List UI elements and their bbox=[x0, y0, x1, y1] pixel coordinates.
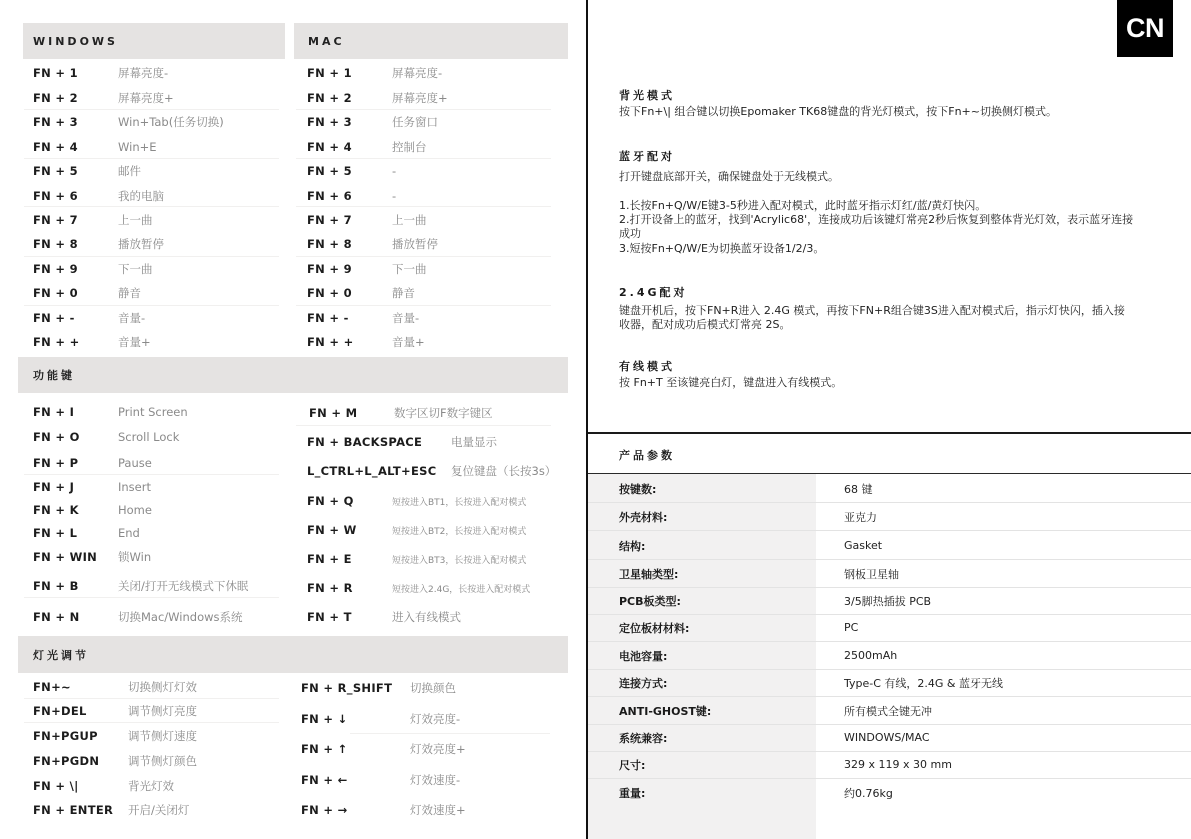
shortcut-row: FN + R_SHIFT切换颜色 bbox=[301, 678, 392, 698]
lighting-header: 灯光调节 bbox=[18, 636, 568, 673]
shortcut-key: FN + J bbox=[33, 480, 74, 494]
shortcut-desc: 音量+ bbox=[118, 334, 151, 350]
shortcut-row: FN+PGUP调节侧灯速度 bbox=[33, 726, 98, 746]
spec-value: 约0.76kg bbox=[844, 785, 893, 801]
shortcut-row: FN + 3Win+Tab(任务切换) bbox=[33, 112, 78, 132]
shortcut-desc: 控制台 bbox=[392, 139, 427, 155]
row-divider bbox=[24, 109, 279, 110]
shortcut-desc: 数字区切F数字键区 bbox=[394, 405, 493, 421]
shortcut-desc: 短按进入BT1，长按进入配对模式 bbox=[392, 495, 526, 508]
shortcut-desc: 任务窗口 bbox=[392, 114, 438, 130]
shortcut-key: FN + B bbox=[33, 579, 79, 593]
shortcut-desc: 开启/关闭灯 bbox=[128, 802, 189, 818]
spec-row: 重量:约0.76kg bbox=[588, 779, 1191, 807]
shortcut-desc: 切换侧灯灯效 bbox=[128, 679, 197, 695]
shortcut-desc: 电量显示 bbox=[451, 434, 497, 450]
shortcut-row: FN + 1屏幕亮度- bbox=[33, 63, 78, 83]
language-badge: CN bbox=[1117, 0, 1173, 57]
spec-row: 结构:Gasket bbox=[588, 532, 1191, 560]
shortcut-row: FN + +音量+ bbox=[33, 332, 80, 352]
shortcut-key: FN+PGDN bbox=[33, 754, 99, 768]
shortcut-desc: 屏幕亮度+ bbox=[392, 90, 448, 106]
shortcut-key: FN + 2 bbox=[33, 91, 78, 105]
shortcut-key: FN + 4 bbox=[33, 140, 78, 154]
row-divider bbox=[24, 698, 279, 699]
shortcut-desc: 下一曲 bbox=[392, 261, 427, 277]
shortcut-key: FN + 7 bbox=[33, 213, 78, 227]
shortcut-row: FN + N切换Mac/Windows系统 bbox=[33, 607, 80, 627]
row-divider bbox=[350, 733, 550, 734]
bluetooth-step-2: 2.打开设备上的蓝牙，找到'Acrylic68'，连接成功后该键灯常亮2秒后恢复… bbox=[619, 213, 1134, 240]
row-divider bbox=[296, 425, 551, 426]
shortcut-desc: Win+E bbox=[118, 140, 157, 154]
shortcut-desc: Print Screen bbox=[118, 405, 188, 419]
shortcut-row: FN + KHome bbox=[33, 500, 79, 520]
shortcut-key: FN + 9 bbox=[33, 262, 78, 276]
shortcut-row: FN+PGDN调节侧灯颜色 bbox=[33, 751, 99, 771]
shortcut-page: WINDOWS MAC FN + 1屏幕亮度- FN + 2屏幕亮度+ FN +… bbox=[0, 0, 586, 839]
shortcut-row: FN + ←灯效速度- bbox=[301, 770, 348, 790]
shortcut-key: FN + → bbox=[301, 803, 348, 817]
shortcut-desc: - bbox=[392, 189, 396, 203]
shortcut-row: FN + 5- bbox=[307, 161, 352, 181]
shortcut-row: FN + 5邮件 bbox=[33, 161, 78, 181]
shortcut-key: FN + W bbox=[307, 523, 357, 537]
spec-value: Type-C 有线，2.4G & 蓝牙无线 bbox=[844, 675, 1003, 691]
shortcut-key: FN + + bbox=[307, 335, 354, 349]
spec-label: 重量: bbox=[619, 785, 645, 801]
shortcut-key: FN + 3 bbox=[307, 115, 352, 129]
spec-value: 3/5脚热插拔 PCB bbox=[844, 593, 931, 609]
spec-label: 卫星轴类型: bbox=[619, 566, 678, 582]
shortcut-key: FN + 0 bbox=[307, 286, 352, 300]
shortcut-key: FN + WIN bbox=[33, 550, 97, 564]
shortcut-row: FN + T进入有线模式 bbox=[307, 607, 352, 627]
shortcut-desc: 锁Win bbox=[118, 549, 151, 565]
backlight-text: 按下Fn+\| 组合键以切换Epomaker TK68键盘的背光灯模式，按下Fn… bbox=[619, 105, 1139, 119]
shortcut-row: FN + \|背光灯效 bbox=[33, 776, 79, 796]
shortcut-key: FN + M bbox=[309, 406, 357, 420]
shortcut-desc: 调节侧灯亮度 bbox=[128, 703, 197, 719]
row-divider bbox=[24, 206, 279, 207]
shortcut-row: FN + 6- bbox=[307, 186, 352, 206]
shortcut-desc: 屏幕亮度- bbox=[118, 65, 168, 81]
shortcut-desc: 灯效速度- bbox=[410, 772, 460, 788]
function-keys-header: 功能键 bbox=[18, 357, 568, 393]
spec-label: 定位板材材料: bbox=[619, 620, 689, 636]
spec-row: 尺寸:329 x 119 x 30 mm bbox=[588, 751, 1191, 779]
shortcut-key: FN + ↑ bbox=[301, 742, 348, 756]
specs-top-rule bbox=[588, 432, 1191, 434]
spec-row: 卫星轴类型:钢板卫星轴 bbox=[588, 560, 1191, 588]
mac-header: MAC bbox=[294, 23, 568, 59]
row-divider bbox=[24, 305, 279, 306]
bluetooth-step-3: 3.短按Fn+Q/W/E为切换蓝牙设备1/2/3。 bbox=[619, 242, 1139, 256]
shortcut-key: FN + 4 bbox=[307, 140, 352, 154]
shortcut-row: FN + R短按进入2.4G，长按进入配对模式 bbox=[307, 578, 353, 598]
shortcut-key: FN + - bbox=[307, 311, 349, 325]
spec-value: 2500mAh bbox=[844, 649, 897, 662]
wired-text: 按 Fn+T 至该键亮白灯，键盘进入有线模式。 bbox=[619, 376, 1139, 390]
shortcut-desc: 切换Mac/Windows系统 bbox=[118, 609, 243, 625]
shortcut-desc: Win+Tab(任务切换) bbox=[118, 114, 224, 130]
shortcut-key: FN + N bbox=[33, 610, 80, 624]
shortcut-row: FN + 7上一曲 bbox=[307, 210, 352, 230]
shortcut-row: FN + ↓灯效亮度- bbox=[301, 709, 348, 729]
row-divider bbox=[296, 305, 551, 306]
windows-title: WINDOWS bbox=[33, 35, 118, 48]
shortcut-row: FN + 9下一曲 bbox=[307, 259, 352, 279]
shortcut-key: FN + ENTER bbox=[33, 803, 113, 817]
shortcut-row: FN+~切换侧灯灯效 bbox=[33, 677, 71, 697]
shortcut-key: FN+~ bbox=[33, 680, 71, 694]
lighting-title: 灯光调节 bbox=[33, 647, 89, 663]
shortcut-row: FN + →灯效速度+ bbox=[301, 800, 348, 820]
spec-value: 所有模式全键无冲 bbox=[844, 703, 932, 719]
row-divider bbox=[296, 109, 551, 110]
shortcut-row: FN + +音量+ bbox=[307, 332, 354, 352]
shortcut-key: FN + 5 bbox=[33, 164, 78, 178]
spec-row: 外壳材料:亚克力 bbox=[588, 503, 1191, 531]
shortcut-key: FN + 7 bbox=[307, 213, 352, 227]
spec-row: 电池容量:2500mAh bbox=[588, 642, 1191, 670]
shortcut-key: FN + 9 bbox=[307, 262, 352, 276]
shortcut-desc: 静音 bbox=[118, 285, 141, 301]
shortcut-key: FN + - bbox=[33, 311, 75, 325]
spec-label: 尺寸: bbox=[619, 757, 645, 773]
shortcut-key: FN + 8 bbox=[33, 237, 78, 251]
row-divider bbox=[296, 206, 551, 207]
shortcut-key: FN + T bbox=[307, 610, 352, 624]
shortcut-desc: 复位键盘（长按3s） bbox=[451, 463, 556, 479]
shortcut-row: FN + 8播放暂停 bbox=[307, 234, 352, 254]
shortcut-desc: 音量- bbox=[118, 310, 145, 326]
shortcut-key: FN+PGUP bbox=[33, 729, 98, 743]
spec-row: ANTI-GHOST键:所有模式全键无冲 bbox=[588, 697, 1191, 725]
shortcut-desc: 邮件 bbox=[118, 163, 141, 179]
shortcut-row: FN + 4Win+E bbox=[33, 137, 78, 157]
shortcut-key: FN + K bbox=[33, 503, 79, 517]
backlight-title: 背光模式 bbox=[619, 87, 675, 103]
shortcut-desc: 上一曲 bbox=[392, 212, 427, 228]
shortcut-key: FN + Q bbox=[307, 494, 354, 508]
shortcut-key: FN + 6 bbox=[307, 189, 352, 203]
spec-value: 钢板卫星轴 bbox=[844, 566, 899, 582]
shortcut-desc: Pause bbox=[118, 456, 152, 470]
manual-page: CN 背光模式 按下Fn+\| 组合键以切换Epomaker TK68键盘的背光… bbox=[588, 0, 1191, 839]
shortcut-key: FN + \| bbox=[33, 779, 79, 793]
shortcut-desc: 调节侧灯速度 bbox=[128, 728, 197, 744]
shortcut-key: FN + P bbox=[33, 456, 78, 470]
specs-title: 产品参数 bbox=[619, 447, 675, 463]
shortcut-key: FN + O bbox=[33, 430, 80, 444]
shortcut-desc: 切换颜色 bbox=[410, 680, 456, 696]
shortcut-key: FN+DEL bbox=[33, 704, 87, 718]
shortcut-desc: 短按进入2.4G，长按进入配对模式 bbox=[392, 582, 530, 595]
shortcut-key: FN + BACKSPACE bbox=[307, 435, 422, 449]
shortcut-desc: 灯效亮度+ bbox=[410, 741, 466, 757]
bluetooth-intro: 打开键盘底部开关，确保键盘处于无线模式。 bbox=[619, 170, 1139, 184]
spec-row: PCB板类型:3/5脚热插拔 PCB bbox=[588, 587, 1191, 615]
spec-row: 定位板材材料:PC bbox=[588, 614, 1191, 642]
shortcut-row: FN + OScroll Lock bbox=[33, 427, 80, 447]
pairing-24g-text: 键盘开机后，按下FN+R进入 2.4G 模式，再按下FN+R组合键3S进入配对模… bbox=[619, 304, 1134, 331]
shortcut-key: FN + 5 bbox=[307, 164, 352, 178]
shortcut-row: FN + B关闭/打开无线模式下休眠 bbox=[33, 576, 79, 596]
shortcut-row: FN + BACKSPACE电量显示 bbox=[307, 432, 422, 452]
spec-label: 结构: bbox=[619, 538, 645, 554]
row-divider bbox=[24, 158, 279, 159]
shortcut-desc: 屏幕亮度+ bbox=[118, 90, 174, 106]
shortcut-row: FN + W短按进入BT2，长按进入配对模式 bbox=[307, 520, 357, 540]
shortcut-row: FN + -音量- bbox=[33, 308, 75, 328]
shortcut-desc: 播放暂停 bbox=[392, 236, 438, 252]
row-divider bbox=[24, 722, 279, 723]
spec-value: PC bbox=[844, 621, 858, 634]
shortcut-desc: 短按进入BT3，长按进入配对模式 bbox=[392, 553, 526, 566]
shortcut-key: FN + 8 bbox=[307, 237, 352, 251]
shortcut-row: FN + 4控制台 bbox=[307, 137, 352, 157]
shortcut-desc: 播放暂停 bbox=[118, 236, 164, 252]
shortcut-row: FN + M数字区切F数字键区 bbox=[307, 403, 357, 423]
shortcut-key: FN + 0 bbox=[33, 286, 78, 300]
shortcut-row: FN + 2屏幕亮度+ bbox=[307, 88, 352, 108]
shortcut-desc: Insert bbox=[118, 480, 151, 494]
spec-label: ANTI-GHOST键: bbox=[619, 703, 711, 719]
spec-row: 连接方式:Type-C 有线，2.4G & 蓝牙无线 bbox=[588, 669, 1191, 697]
shortcut-key: FN + R bbox=[307, 581, 353, 595]
bluetooth-title: 蓝牙配对 bbox=[619, 148, 675, 164]
shortcut-key: FN + + bbox=[33, 335, 80, 349]
spec-row: 系统兼容:WINDOWS/MAC bbox=[588, 724, 1191, 752]
shortcut-row: FN+DEL调节侧灯亮度 bbox=[33, 701, 87, 721]
shortcut-row: FN + 6我的电脑 bbox=[33, 186, 78, 206]
shortcut-row: FN + 8播放暂停 bbox=[33, 234, 78, 254]
shortcut-key: FN + ↓ bbox=[301, 712, 348, 726]
spec-label: 电池容量: bbox=[619, 648, 667, 664]
shortcut-desc: 我的电脑 bbox=[118, 188, 164, 204]
shortcut-desc: 上一曲 bbox=[118, 212, 153, 228]
pairing-24g-title: 2.4G配对 bbox=[619, 284, 688, 300]
shortcut-desc: 灯效速度+ bbox=[410, 802, 466, 818]
spec-label: 系统兼容: bbox=[619, 730, 667, 746]
shortcut-row: FN + PPause bbox=[33, 453, 78, 473]
shortcut-row: FN + WIN锁Win bbox=[33, 547, 97, 567]
row-divider bbox=[24, 474, 279, 475]
shortcut-row: L_CTRL+L_ALT+ESC复位键盘（长按3s） bbox=[307, 461, 436, 481]
shortcut-row: FN + -音量- bbox=[307, 308, 349, 328]
shortcut-row: FN + 0静音 bbox=[307, 283, 352, 303]
shortcut-row: FN + 7上一曲 bbox=[33, 210, 78, 230]
spec-row: 按键数:68 键 bbox=[588, 475, 1191, 503]
shortcut-row: FN + 0静音 bbox=[33, 283, 78, 303]
shortcut-row: FN + LEnd bbox=[33, 523, 77, 543]
shortcut-desc: 关闭/打开无线模式下休眠 bbox=[118, 578, 248, 594]
shortcut-key: FN + E bbox=[307, 552, 352, 566]
spec-label: 外壳材料: bbox=[619, 509, 667, 525]
shortcut-desc: 静音 bbox=[392, 285, 415, 301]
spec-value: Gasket bbox=[844, 539, 882, 552]
shortcut-row: FN + Q短按进入BT1，长按进入配对模式 bbox=[307, 491, 354, 511]
spec-label: PCB板类型: bbox=[619, 593, 681, 609]
wired-title: 有线模式 bbox=[619, 358, 675, 374]
shortcut-key: FN + I bbox=[33, 405, 74, 419]
shortcut-desc: 灯效亮度- bbox=[410, 711, 460, 727]
shortcut-desc: End bbox=[118, 526, 140, 540]
spec-label: 连接方式: bbox=[619, 675, 667, 691]
shortcut-key: FN + R_SHIFT bbox=[301, 681, 392, 695]
row-divider bbox=[24, 256, 279, 257]
shortcut-row: FN + 9下一曲 bbox=[33, 259, 78, 279]
bluetooth-step-1: 1.长按Fn+Q/W/E键3-5秒进入配对模式，此时蓝牙指示灯红/蓝/黄灯快闪。 bbox=[619, 199, 1139, 213]
spec-value: 68 键 bbox=[844, 481, 873, 497]
shortcut-key: FN + ← bbox=[301, 773, 348, 787]
shortcut-desc: 调节侧灯颜色 bbox=[128, 753, 197, 769]
spec-label: 按键数: bbox=[619, 481, 656, 497]
shortcut-key: FN + 1 bbox=[307, 66, 352, 80]
spec-value: 329 x 119 x 30 mm bbox=[844, 758, 952, 771]
spec-value: 亚克力 bbox=[844, 509, 877, 525]
shortcut-row: FN + IPrint Screen bbox=[33, 402, 74, 422]
windows-header: WINDOWS bbox=[23, 23, 285, 59]
shortcut-key: FN + 3 bbox=[33, 115, 78, 129]
spec-value: WINDOWS/MAC bbox=[844, 731, 930, 744]
shortcut-row: FN + 1屏幕亮度- bbox=[307, 63, 352, 83]
shortcut-key: FN + 2 bbox=[307, 91, 352, 105]
shortcut-row: FN + 2屏幕亮度+ bbox=[33, 88, 78, 108]
shortcut-desc: 屏幕亮度- bbox=[392, 65, 442, 81]
function-keys-title: 功能键 bbox=[33, 367, 75, 383]
shortcut-key: FN + 1 bbox=[33, 66, 78, 80]
shortcut-key: FN + L bbox=[33, 526, 77, 540]
shortcut-row: FN + ↑灯效亮度+ bbox=[301, 739, 348, 759]
shortcut-desc: 短按进入BT2，长按进入配对模式 bbox=[392, 524, 526, 537]
shortcut-desc: 音量+ bbox=[392, 334, 425, 350]
shortcut-row: FN + 3任务窗口 bbox=[307, 112, 352, 132]
row-divider bbox=[24, 597, 279, 598]
shortcut-desc: 背光灯效 bbox=[128, 778, 174, 794]
mac-title: MAC bbox=[308, 35, 345, 48]
shortcut-desc: 进入有线模式 bbox=[392, 609, 461, 625]
shortcut-desc: Home bbox=[118, 503, 152, 517]
shortcut-row: FN + E短按进入BT3，长按进入配对模式 bbox=[307, 549, 352, 569]
shortcut-row: FN + ENTER开启/关闭灯 bbox=[33, 800, 113, 820]
shortcut-desc: Scroll Lock bbox=[118, 430, 179, 444]
shortcut-desc: 下一曲 bbox=[118, 261, 153, 277]
row-divider bbox=[296, 256, 551, 257]
shortcut-desc: - bbox=[392, 164, 396, 178]
shortcut-desc: 音量- bbox=[392, 310, 419, 326]
row-divider bbox=[296, 158, 551, 159]
shortcut-key: FN + 6 bbox=[33, 189, 78, 203]
shortcut-row: FN + JInsert bbox=[33, 477, 74, 497]
shortcut-key: L_CTRL+L_ALT+ESC bbox=[307, 464, 436, 478]
